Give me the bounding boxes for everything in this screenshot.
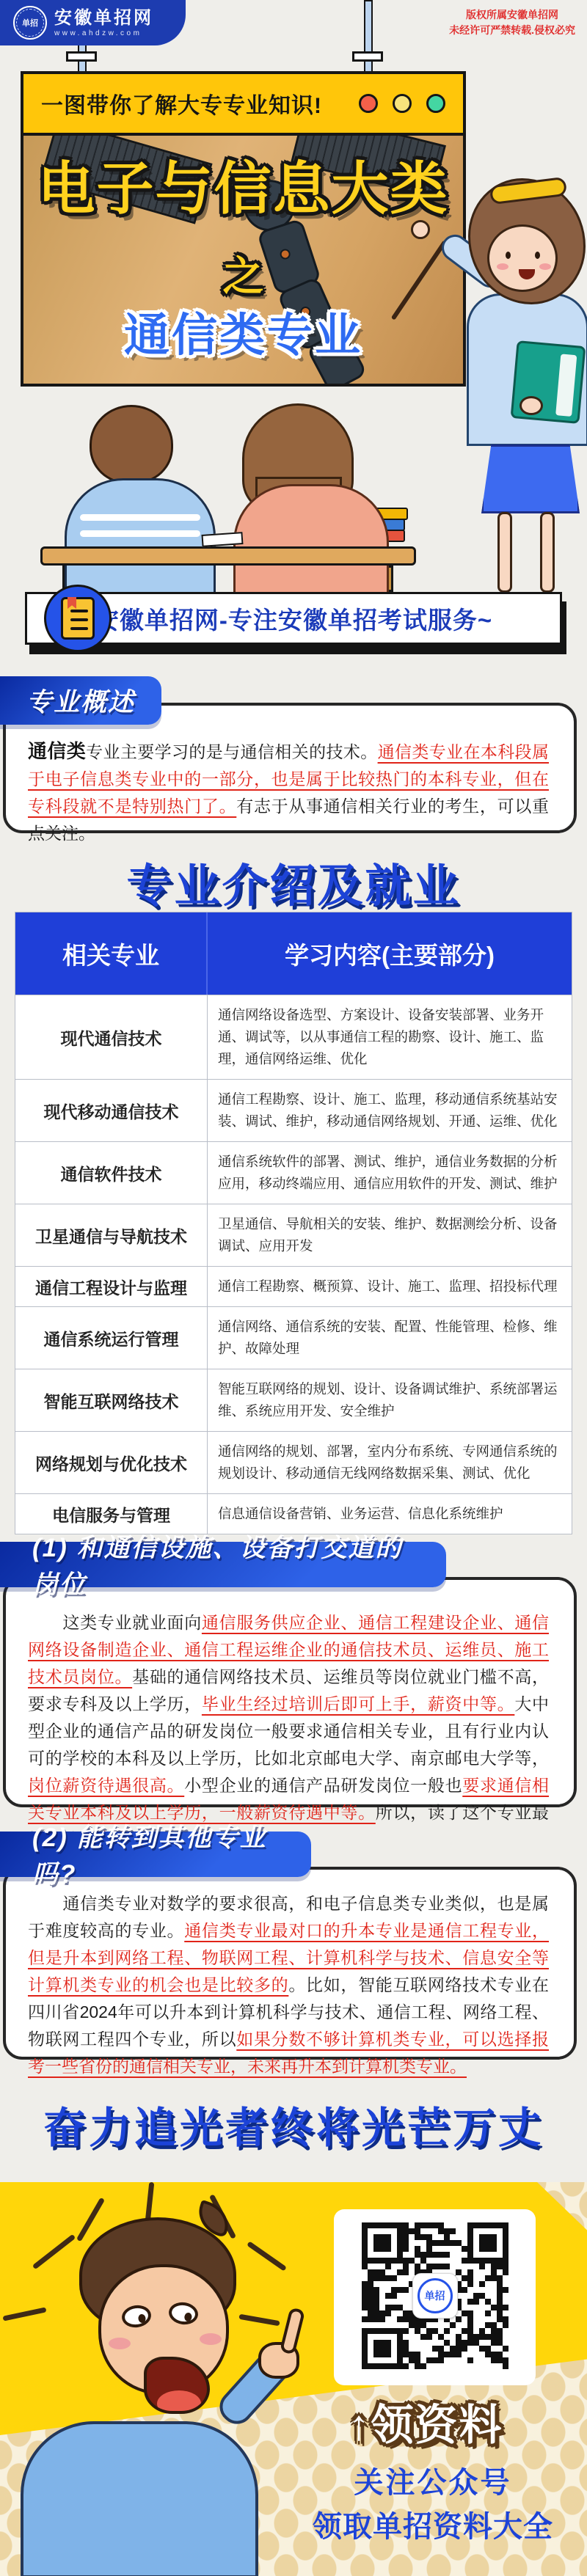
major-cell: 卫星通信与导航技术 xyxy=(15,1204,208,1266)
content-cell: 智能互联网络的规划、设计、设备调试维护、系统部署运维、系统应用开发、安全维护 xyxy=(208,1369,572,1431)
brand-badge: 单招 安徽单招网 www.ahdzw.com xyxy=(0,0,186,45)
content-cell: 通信网络设备选型、方案设计、设备安装部署、业务开通、调试等，以从事通信工程的勘察… xyxy=(208,995,572,1079)
boy-body xyxy=(21,2421,258,2576)
table-row: 现代移动通信技术通信工程勘察、设计、施工、监理，移动通信系统基站安装、调试、维护… xyxy=(15,1079,572,1141)
green-dot-icon xyxy=(426,94,445,113)
overview-badge: 专业概述 xyxy=(0,676,161,725)
brand-logo-icon: 单招 xyxy=(13,6,47,40)
yellow-dot-icon xyxy=(393,94,412,113)
poster-page: 单招 安徽单招网 www.ahdzw.com 版权所属安徽单招网 未经许可严禁转… xyxy=(0,0,587,2576)
overview-text: 通信类专业主要学习的是与通信相关的技术。通信类专业在本科段属于电子信息类专业中的… xyxy=(28,738,549,847)
section2-text: 通信类专业对数学的要求很高，和电子信息类专业类似，也是属于难度较高的专业。通信类… xyxy=(28,1890,549,2080)
text-segment: 岗位薪资待遇很高。 xyxy=(28,1776,184,1795)
major-cell: 网络规划与优化技术 xyxy=(15,1432,208,1493)
sign-tagline: 一图带你了解大专专业知识! xyxy=(41,87,322,120)
section2-badge-label: (2) 能转到其他专业吗? xyxy=(32,1818,286,1891)
major-cell: 通信工程设计与监理 xyxy=(15,1267,208,1306)
text-segment: 这类专业就业面向 xyxy=(28,1613,202,1632)
text-segment: 专业主要学习的是与通信相关的技术。 xyxy=(86,742,377,761)
table-row: 现代通信技术通信网络设备选型、方案设计、设备安装部署、业务开通、调试等，以从事通… xyxy=(15,995,572,1079)
table-header-row: 相关专业 学习内容(主要部分) xyxy=(15,912,572,995)
traffic-dots-icon xyxy=(359,94,445,113)
sign-pole-right xyxy=(364,0,373,73)
copyright-notice: 版权所属安徽单招网 未经许可严禁转载.侵权必究 xyxy=(449,7,575,38)
major-cell: 通信软件技术 xyxy=(15,1142,208,1204)
section2-badge: (2) 能转到其他专业吗? xyxy=(0,1832,311,1877)
text-segment: 通信类 xyxy=(28,740,86,762)
sign-crossbar-right xyxy=(352,51,383,62)
table-row: 智能互联网络技术智能互联网络的规划、设计、设备调试维护、系统部署运维、系统应用开… xyxy=(15,1369,572,1431)
section1-card: 这类专业就业面向通信服务供应企业、通信工程建设企业、通信网络设备制造企业、通信工… xyxy=(3,1577,577,1807)
slogan-text: 奋力追光者终将光芒万丈 xyxy=(0,2093,587,2155)
notebook-icon xyxy=(44,585,112,652)
content-cell: 通信工程勘察、概预算、设计、施工、监理、招投标代理 xyxy=(208,1267,572,1306)
major-cell: 智能互联网络技术 xyxy=(15,1369,208,1431)
text-segment: 小型企业的通信产品研发岗位一般也 xyxy=(184,1776,462,1795)
hero-title-line1: 电子与信息大类 xyxy=(23,143,463,225)
section1-badge: (1) 和通信设施、设备打交道的岗位 xyxy=(0,1542,446,1587)
service-banner-text: 安徽单招网-专注安徽单招考试服务~ xyxy=(95,601,492,636)
brand-url: www.ahdzw.com xyxy=(54,29,153,37)
table-row: 通信工程设计与监理通信工程勘察、概预算、设计、施工、监理、招投标代理 xyxy=(15,1266,572,1306)
intro-title: 专业介绍及就业 xyxy=(0,849,587,915)
satellite-photo: 电子与信息大类 之 通信类专业 xyxy=(23,136,463,384)
overview-badge-label: 专业概述 xyxy=(26,682,135,719)
hero-title-line2: 之 xyxy=(23,244,463,303)
footer-section: 单招 ↑领资料 关注公众号 领取单招资料大全 xyxy=(0,2182,587,2576)
hero-sign-board: 一图带你了解大专专业知识! 电子与信息大类 之 通信类专业 xyxy=(21,71,466,387)
content-cell: 通信系统软件的部署、测试、维护，通信业务数据的分析应用，移动终端应用、通信应用软… xyxy=(208,1142,572,1204)
content-cell: 卫星通信、导航相关的安装、维护、数据测绘分析、设备调试、应用开发 xyxy=(208,1204,572,1266)
majors-table: 相关专业 学习内容(主要部分) 现代通信技术通信网络设备选型、方案设计、设备安装… xyxy=(15,912,572,1534)
sign-crossbar-left xyxy=(66,51,97,62)
table-header-content: 学习内容(主要部分) xyxy=(208,912,572,995)
cta-get-materials: ↑领资料 xyxy=(316,2390,536,2452)
content-cell: 通信网络、通信系统的安装、配置、性能管理、检修、维护、故障处理 xyxy=(208,1307,572,1369)
student2-body xyxy=(233,484,389,594)
qr-code: 单招 xyxy=(362,2222,508,2369)
content-cell: 通信工程勘察、设计、施工、监理，移动通信系统基站安装、调试、维护，移动通信网络规… xyxy=(208,1080,572,1141)
qr-card: 单招 xyxy=(334,2209,536,2385)
section2-card: 通信类专业对数学的要求很高，和电子信息类专业类似，也是属于难度较高的专业。通信类… xyxy=(3,1867,577,2060)
major-cell: 现代通信技术 xyxy=(15,995,208,1079)
teacher-skirt xyxy=(481,444,580,513)
brand-name: 安徽单招网 xyxy=(54,9,153,28)
table-body: 现代通信技术通信网络设备选型、方案设计、设备安装部署、业务开通、调试等，以从事通… xyxy=(15,995,572,1534)
qr-center-logo: 单招 xyxy=(412,2273,458,2319)
table-row: 通信软件技术通信系统软件的部署、测试、维护，通信业务数据的分析应用，移动终端应用… xyxy=(15,1141,572,1204)
sign-title-bar: 一图带你了解大专专业知识! xyxy=(23,74,463,136)
content-cell: 通信网络的规划、部署，室内分布系统、专网通信系统的规划设计、移动通信无线网络数据… xyxy=(208,1432,572,1493)
teacher-face xyxy=(487,224,558,292)
cta-follow-account: 关注公众号 xyxy=(316,2459,550,2501)
cta-materials-collection: 领取单招资料大全 xyxy=(286,2503,580,2545)
student1-body xyxy=(65,478,216,594)
classroom-desk xyxy=(40,546,416,566)
table-row: 通信系统运行管理通信网络、通信系统的安装、配置、性能管理、检修、维护、故障处理 xyxy=(15,1306,572,1369)
table-header-major: 相关专业 xyxy=(15,912,208,995)
table-row: 网络规划与优化技术通信网络的规划、部署，室内分布系统、专网通信系统的规划设计、移… xyxy=(15,1431,572,1493)
section1-badge-label: (1) 和通信设施、设备打交道的岗位 xyxy=(32,1528,421,1601)
text-segment: 毕业生经过培训后即可上手，薪资中等。 xyxy=(202,1694,514,1713)
red-dot-icon xyxy=(359,94,378,113)
student1-hair xyxy=(90,405,173,484)
major-cell: 通信系统运行管理 xyxy=(15,1307,208,1369)
major-cell: 现代移动通信技术 xyxy=(15,1080,208,1141)
table-row: 卫星通信与导航技术卫星通信、导航相关的安装、维护、数据测绘分析、设备调试、应用开… xyxy=(15,1204,572,1266)
